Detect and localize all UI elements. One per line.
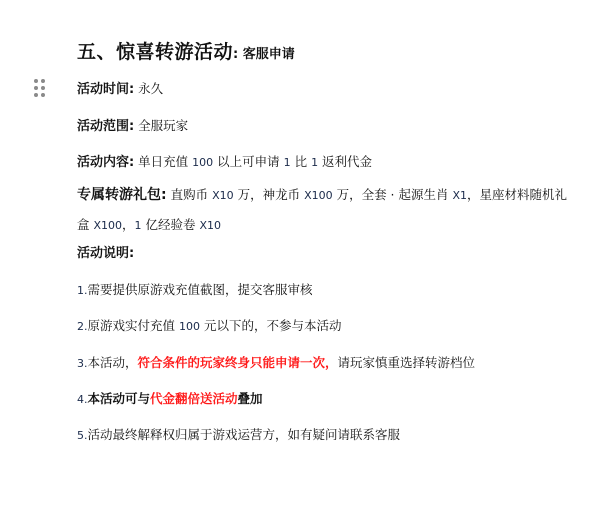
number: X100 [93,219,122,232]
text-segment: 以上可申请 [213,154,283,169]
note-item-4: 4.本活动可与代金翻倍送活动叠加 [77,391,263,408]
note-text: 活动最终解释权归属于游戏运营方，如有疑问请联系客服 [88,427,401,442]
text-segment: 原游戏实付充值 [88,318,179,333]
text-segment: 元以下的，不参与本活动 [200,318,341,333]
text-segment: 叠加 [238,391,263,406]
field-label: 活动时间: [77,82,134,97]
text-segment: 返利代金 [318,154,372,169]
highlight-text: 代金翻倍送活动 [150,391,238,406]
field-value: 永久 [134,81,163,96]
number: X10 [199,219,221,232]
text-segment: 直购币 [167,187,212,202]
note-text: 需要提供原游戏充值截图，提交客服审核 [88,282,313,297]
field-label: 专属转游礼包: [77,187,167,203]
field-label: 活动范围: [77,119,134,134]
note-number: 4. [77,393,88,406]
heading-sub: : 客服申请 [233,47,295,62]
note-item-5: 5.活动最终解释权归属于游戏运营方，如有疑问请联系客服 [77,427,400,444]
number: 100 [192,156,213,169]
number: X10 [212,189,234,202]
drag-handle-icon[interactable] [34,79,46,97]
number: X1 [452,189,467,202]
text-segment: ，星座材料随机礼 [467,187,567,202]
text-segment: 比 [291,154,311,169]
text-segment: 单日充值 [134,154,192,169]
number: X100 [304,189,333,202]
note-item-1: 1.需要提供原游戏充值截图，提交客服审核 [77,282,313,299]
text-segment: 亿经验卷 [142,217,200,232]
text-segment: ， [122,217,135,232]
notes-heading: 活动说明: [77,245,134,262]
field-activity-time: 活动时间: 永久 [77,81,163,98]
section-heading: 五、惊喜转游活动: 客服申请 [77,37,295,64]
text-segment: 万，全套 · 起源生肖 [333,187,453,202]
field-gift-pack: 专属转游礼包: 直购币 X10 万，神龙币 X100 万，全套 · 起源生肖 X… [77,187,567,204]
field-value: 全服玩家 [134,118,188,133]
text-segment: 盒 [77,217,93,232]
highlight-text: 符合条件的玩家终身只能申请一次， [138,355,338,370]
field-activity-scope: 活动范围: 全服玩家 [77,118,188,135]
note-item-2: 2.原游戏实付充值 100 元以下的，不参与本活动 [77,318,341,335]
text-segment: 本活动， [88,355,138,370]
number: 1 [135,219,142,232]
note-item-3: 3.本活动，符合条件的玩家终身只能申请一次，请玩家慎重选择转游档位 [77,355,475,372]
field-gift-pack-cont: 盒 X100，1 亿经验卷 X10 [77,217,221,234]
number: 100 [179,320,200,333]
text-segment: 本活动可与 [88,391,151,406]
field-label: 活动内容: [77,155,134,170]
text-segment: 万，神龙币 [234,187,304,202]
note-number: 2. [77,320,88,333]
number: 1 [311,156,318,169]
note-number: 1. [77,284,88,297]
text-segment: 请玩家慎重选择转游档位 [338,355,476,370]
heading-main: 五、惊喜转游活动 [77,41,233,63]
number: 1 [284,156,291,169]
note-number: 3. [77,357,88,370]
note-number: 5. [77,429,88,442]
field-label: 活动说明: [77,246,134,261]
field-activity-content: 活动内容: 单日充值 100 以上可申请 1 比 1 返利代金 [77,154,372,171]
